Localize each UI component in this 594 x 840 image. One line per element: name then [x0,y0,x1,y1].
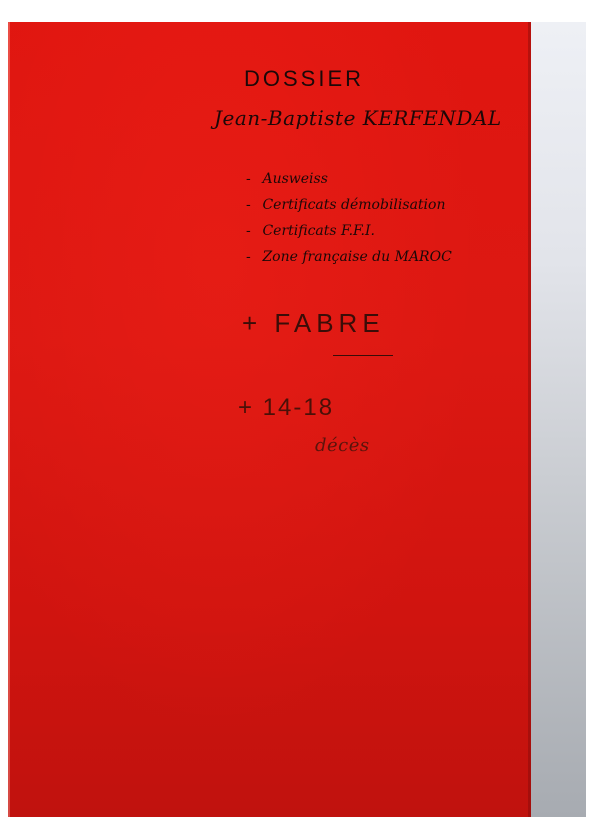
contents-item: - Zone française du MAROC [246,246,452,272]
period-note: + 14-18 [238,394,334,422]
bullet-dash: - [246,220,258,242]
contents-item-label: Ausweiss [262,171,327,187]
fabre-note: + FABRE [242,308,385,339]
contents-item-label: Certificats démobilisation [262,197,445,213]
contents-item: - Certificats démobilisation [246,194,452,220]
scan-page: DOSSIER Jean-Baptiste KERFENDAL - Auswei… [0,0,594,840]
backing-sheet [525,22,586,817]
contents-item-label: Certificats F.F.I. [262,223,375,239]
bullet-dash: - [246,194,258,216]
contents-item: - Certificats F.F.I. [246,220,452,246]
contents-item-label: Zone française du MAROC [262,249,451,265]
contents-list: - Ausweiss - Certificats démobilisation … [246,168,452,272]
contents-item: - Ausweiss [246,168,452,194]
bullet-dash: - [246,246,258,268]
subject-name: Jean-Baptiste KERFENDAL [214,106,502,130]
bullet-dash: - [246,168,258,190]
period-caption: décès [315,435,370,456]
separator-line [333,355,393,356]
dossier-title: DOSSIER [244,66,364,92]
